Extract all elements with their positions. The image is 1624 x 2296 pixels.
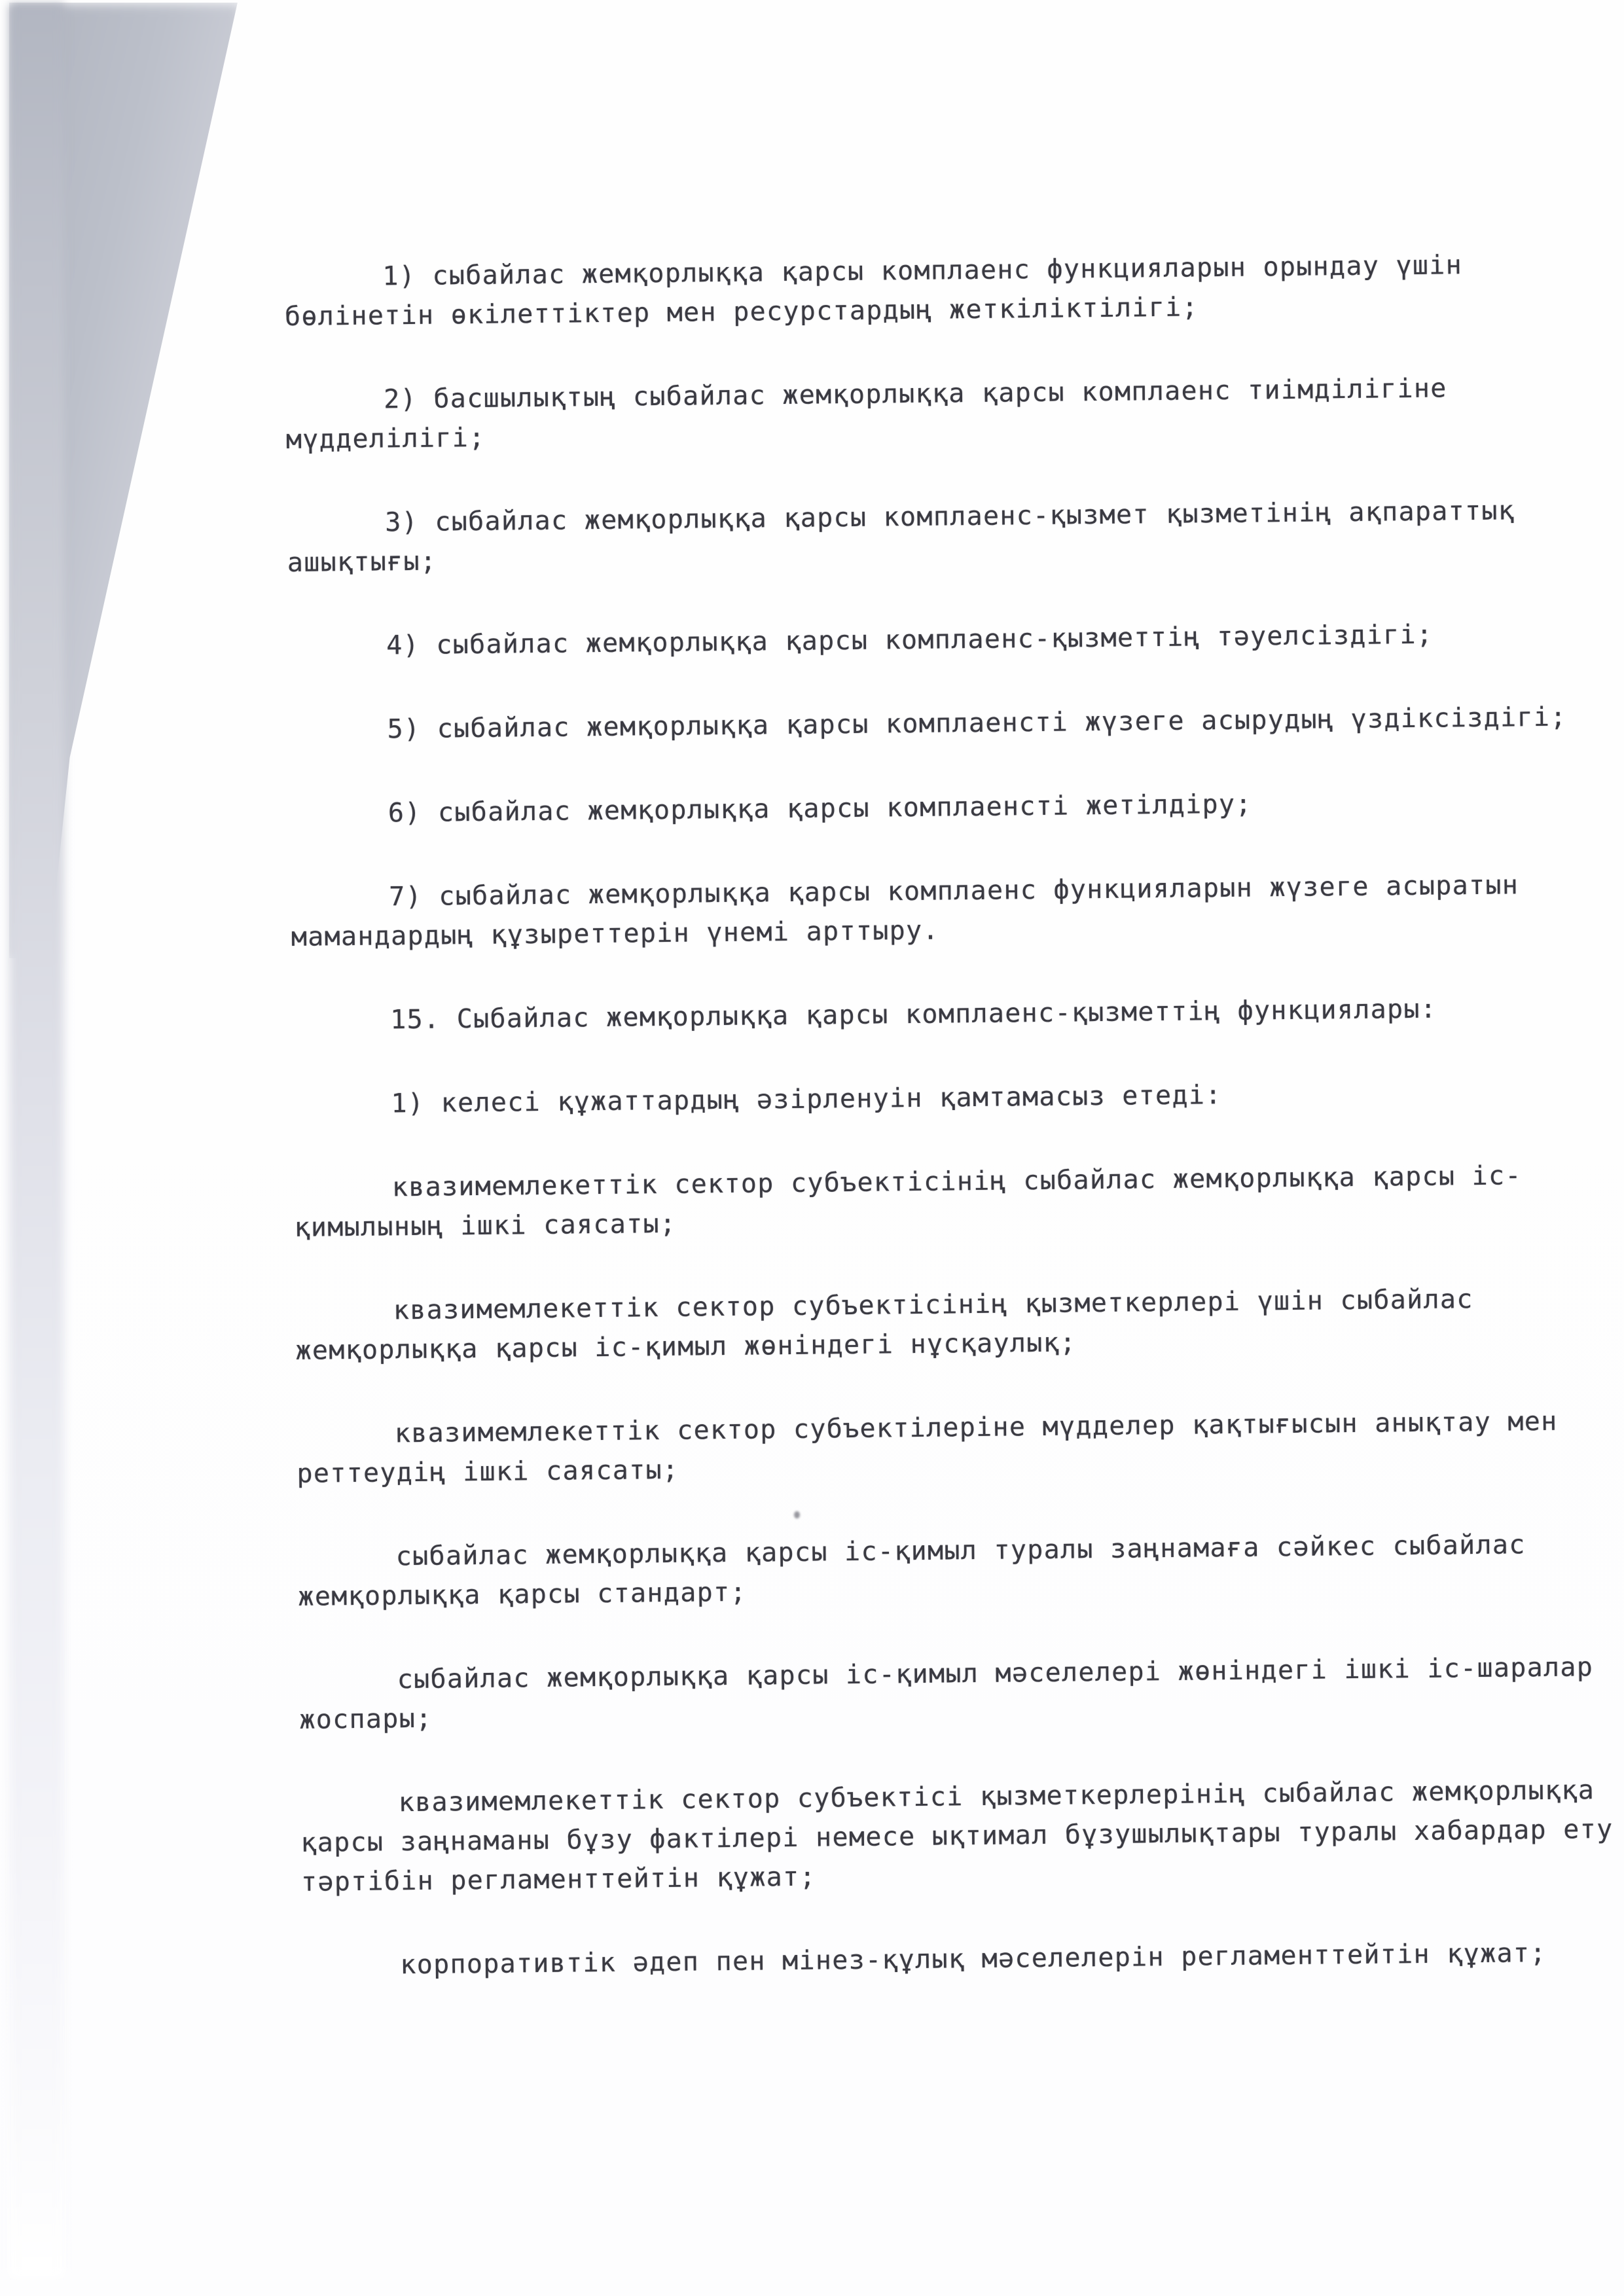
text-line: 15. Сыбайлас жемқорлыққа қарсы комплаенс… [292, 988, 1621, 1041]
text-line: 5) сыбайлас жемқорлыққа қарсы комплаенст… [289, 697, 1618, 750]
paragraph: 6) сыбайлас жемқорлыққа қарсы комплаенст… [290, 781, 1619, 834]
paragraph: 2) басшылықтың сыбайлас жемқорлыққа қарс… [285, 367, 1615, 459]
scanned-page: 1) сыбайлас жемқорлыққа қарсы комплаенс … [0, 0, 1624, 2296]
scan-shadow-left-edge [9, 4, 64, 2278]
paragraph: корпоративтік әдеп пен мінез-құлық мәсел… [302, 1933, 1624, 1986]
paragraph: квазимемлекеттік сектор субъектісінің қы… [295, 1278, 1624, 1371]
paragraph: квазимемлекеттік сектор субъектісінің сы… [294, 1155, 1623, 1247]
paragraph: 5) сыбайлас жемқорлыққа қарсы комплаенст… [289, 697, 1618, 750]
paragraph: сыбайлас жемқорлыққа қарсы іс-қимыл мәсе… [298, 1647, 1624, 1740]
paragraph: 7) сыбайлас жемқорлыққа қарсы комплаенс … [291, 865, 1620, 957]
text-line: 6) сыбайлас жемқорлыққа қарсы комплаенст… [290, 781, 1619, 834]
paragraph: квазимемлекеттік сектор субъектісі қызме… [300, 1770, 1624, 1902]
text-line: 4) сыбайлас жемқорлыққа қарсы комплаенс-… [288, 613, 1617, 666]
paragraph: 1) келесі құжаттардың әзірленуін қамтама… [293, 1071, 1622, 1124]
paragraph: 3) сыбайлас жемқорлыққа қарсы комплаенс-… [287, 490, 1616, 583]
paragraph: сыбайлас жемқорлыққа қарсы іс-қимыл тура… [297, 1524, 1624, 1617]
paragraph: квазимемлекеттік сектор субъектілеріне м… [297, 1401, 1624, 1494]
paragraph: 4) сыбайлас жемқорлыққа қарсы комплаенс-… [288, 613, 1617, 666]
text-line: корпоративтік әдеп пен мінез-құлық мәсел… [302, 1933, 1624, 1986]
paragraph: 15. Сыбайлас жемқорлыққа қарсы комплаенс… [292, 988, 1621, 1041]
paragraph: 1) сыбайлас жемқорлыққа қарсы комплаенс … [284, 244, 1614, 336]
document-text: 1) сыбайлас жемқорлыққа қарсы комплаенс … [284, 244, 1624, 1986]
text-line: 1) келесі құжаттардың әзірленуін қамтама… [293, 1071, 1622, 1124]
